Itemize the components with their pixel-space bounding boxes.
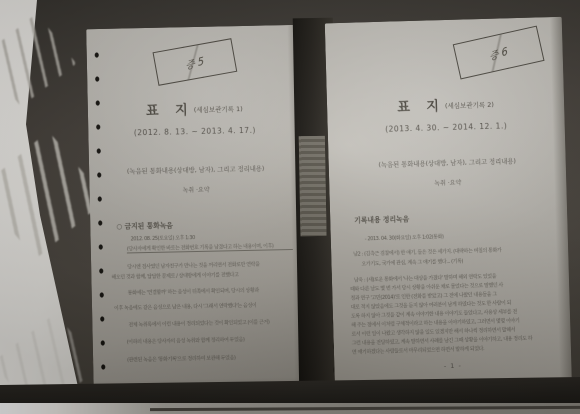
- byline: 녹취 ·요약: [329, 175, 566, 191]
- title-note: (세심보관기록 1): [194, 105, 243, 114]
- binding-holes: [90, 43, 109, 387]
- body-line: 2012. 08. 25(토요일) 오후 1:30: [131, 232, 291, 242]
- body-line: (이하의 내용은 당사자의 음성 녹취와 함께 정리하여 두었음): [127, 335, 297, 346]
- page-number: - 1 -: [334, 359, 571, 374]
- evidence-stamp-box: 증 5: [153, 38, 238, 86]
- title-note: (세심보관기록 2): [445, 101, 494, 110]
- body-line: (관련된 녹음은 '통화기록'으로 정리하여 보관해 두었음): [127, 353, 297, 364]
- body-line: (당사자에게 확인한 바로는 전화번호 기록을 남겼다고 하는 내용이며, 이후…: [127, 242, 293, 253]
- photo-of-documents: 증 5 표 지(세심보관기록 1) (2012. 8. 13. ~ 2013. …: [0, 0, 580, 414]
- evidence-stamp-text: 증 6: [488, 42, 508, 63]
- speaker-line: 오가기도, 국가에 관심, 계속 그 얘기를 했다... (기록): [361, 255, 549, 267]
- body-line: 전체 녹취록에서 이런 내용이 정리되었다는 것이 확인되었고 (이를 근거): [128, 318, 296, 329]
- body-line: 통화에는 '연결할까' 하는 음성이 뒤쪽에서 확인되며, 당시의 상황과: [128, 286, 296, 297]
- date-range: (2013. 4. 30. ~ 2014. 12. 1.): [328, 120, 565, 136]
- subtitle-line: (녹음된 통화내용(상대방, 남자), 그리고 정리내용): [89, 163, 302, 176]
- left-document-cover: 증 5 표 지(세심보관기록 1) (2012. 8. 13. ~ 2013. …: [86, 25, 307, 395]
- document-title: 표 지(세심보관기록 1): [88, 97, 301, 120]
- document-title: 표 지(세심보관기록 2): [327, 92, 564, 118]
- right-document-cover: 증 6 표 지(세심보관기록 2) (2013. 4. 30. ~ 2014. …: [325, 17, 572, 402]
- body-line: 이후 녹음에도 같은 음성으로 남은 내용, 다시 '그래서 연락했다'는 음성…: [114, 301, 296, 312]
- evidence-stamp-box: 증 6: [453, 26, 545, 80]
- section-header: 기록내용 정리녹음: [354, 213, 409, 225]
- section-header: ○ 금지된 통화녹음: [116, 219, 173, 230]
- byline: 녹취 ·요약: [89, 183, 302, 196]
- date-line: - 2013. 04. 30(화요일) 오후 1:02(통화): [365, 231, 535, 243]
- page-edge-stack: [299, 136, 327, 236]
- body-line: 해오던 것과 함께, 답답한 문제로 / 상대방에게 이야기를 전했다고: [111, 270, 295, 281]
- body-line: 당시엔 검사였던 남자친구가 만나는 것을 꺼리면서 전화로만 연락을: [127, 260, 295, 271]
- subtitle-line: (녹음된 통화내용(상대방, 남자), 그리고 정리내용): [329, 155, 566, 171]
- date-range: (2012. 8. 13. ~ 2013. 4. 17.): [88, 125, 301, 138]
- evidence-stamp-text: 증 5: [185, 52, 205, 72]
